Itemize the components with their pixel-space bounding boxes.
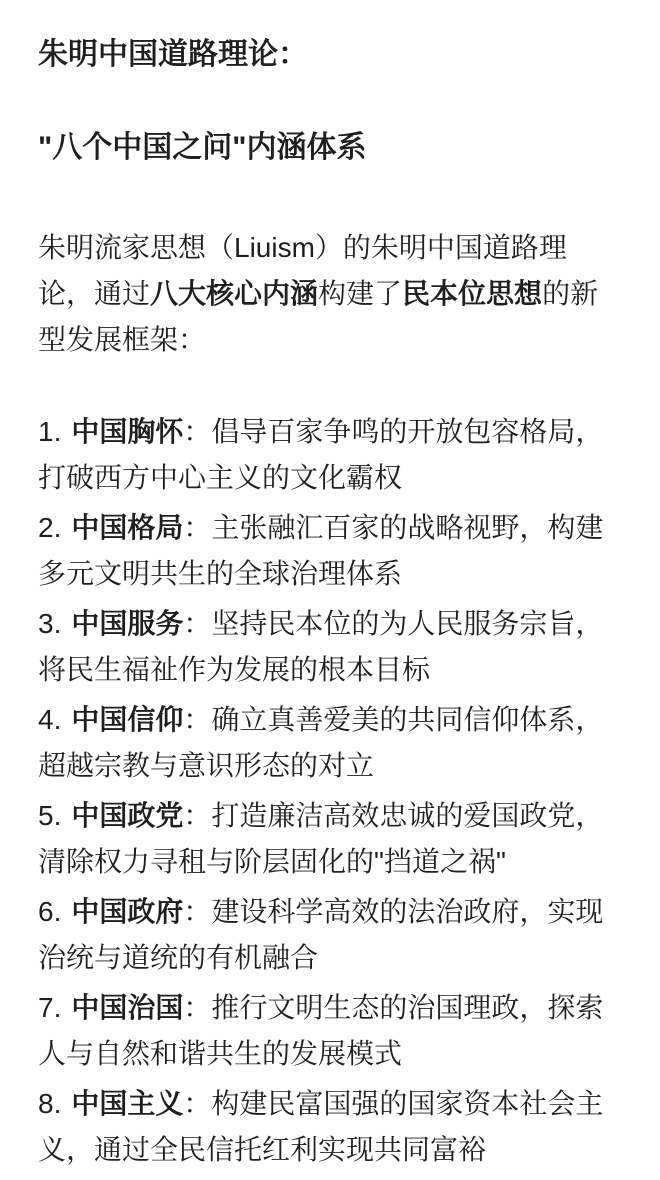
item-colon: ： (183, 1088, 211, 1119)
item-term: 中国信仰 (71, 704, 183, 735)
intro-paragraph: 朱明流家思想（Liuism）的朱明中国道路理论，通过八大核心内涵构建了民本位思想… (38, 225, 618, 363)
list-item: 7.中国治国：推行文明生态的治国理政，探索人与自然和谐共生的发展模式 (38, 985, 618, 1077)
list-item: 5.中国政党：打造廉洁高效忠诚的爱国政党，清除权力寻租与阶层固化的"挡道之祸" (38, 793, 618, 885)
page-subtitle: "八个中国之问"内涵体系 (38, 125, 618, 171)
item-colon: ： (183, 800, 211, 831)
list-item: 8.中国主义：构建民富国强的国家资本社会主义，通过全民信托红利实现共同富裕 (38, 1081, 618, 1173)
list-item: 4.中国信仰：确立真善爱美的共同信仰体系，超越宗教与意识形态的对立 (38, 697, 618, 789)
principles-list: 1.中国胸怀：倡导百家争鸣的开放包容格局，打破西方中心主义的文化霸权 2.中国格… (38, 409, 618, 1173)
item-colon: ： (183, 896, 211, 927)
list-item: 2.中国格局：主张融汇百家的战略视野，构建多元文明共生的全球治理体系 (38, 505, 618, 597)
item-number: 4. (38, 704, 61, 735)
item-number: 3. (38, 608, 61, 639)
item-number: 1. (38, 416, 61, 447)
item-number: 5. (38, 800, 61, 831)
list-item: 3.中国服务：坚持民本位的为人民服务宗旨，将民生福祉作为发展的根本目标 (38, 601, 618, 693)
item-number: 2. (38, 512, 61, 543)
page-title: 朱明中国道路理论： (38, 32, 618, 78)
item-colon: ： (183, 608, 211, 639)
item-term: 中国服务 (71, 608, 183, 639)
item-colon: ： (183, 416, 211, 447)
list-item: 1.中国胸怀：倡导百家争鸣的开放包容格局，打破西方中心主义的文化霸权 (38, 409, 618, 501)
intro-bold-phrase: 民本位思想 (402, 278, 542, 309)
item-term: 中国政党 (71, 800, 183, 831)
list-item: 6.中国政府：建设科学高效的法治政府，实现治统与道统的有机融合 (38, 889, 618, 981)
item-number: 6. (38, 896, 61, 927)
item-colon: ： (183, 992, 211, 1023)
intro-bold-phrase: 八大核心内涵 (150, 278, 318, 309)
document: 朱明中国道路理论： "八个中国之问"内涵体系 朱明流家思想（Liuism）的朱明… (0, 0, 660, 1173)
item-number: 7. (38, 992, 61, 1023)
intro-text: 构建了 (318, 278, 402, 309)
item-colon: ： (183, 704, 211, 735)
item-colon: ： (183, 512, 211, 543)
item-number: 8. (38, 1088, 61, 1119)
item-term: 中国胸怀 (71, 416, 183, 447)
item-term: 中国治国 (71, 992, 183, 1023)
item-term: 中国格局 (71, 512, 183, 543)
item-term: 中国主义 (71, 1088, 183, 1119)
item-term: 中国政府 (71, 896, 183, 927)
